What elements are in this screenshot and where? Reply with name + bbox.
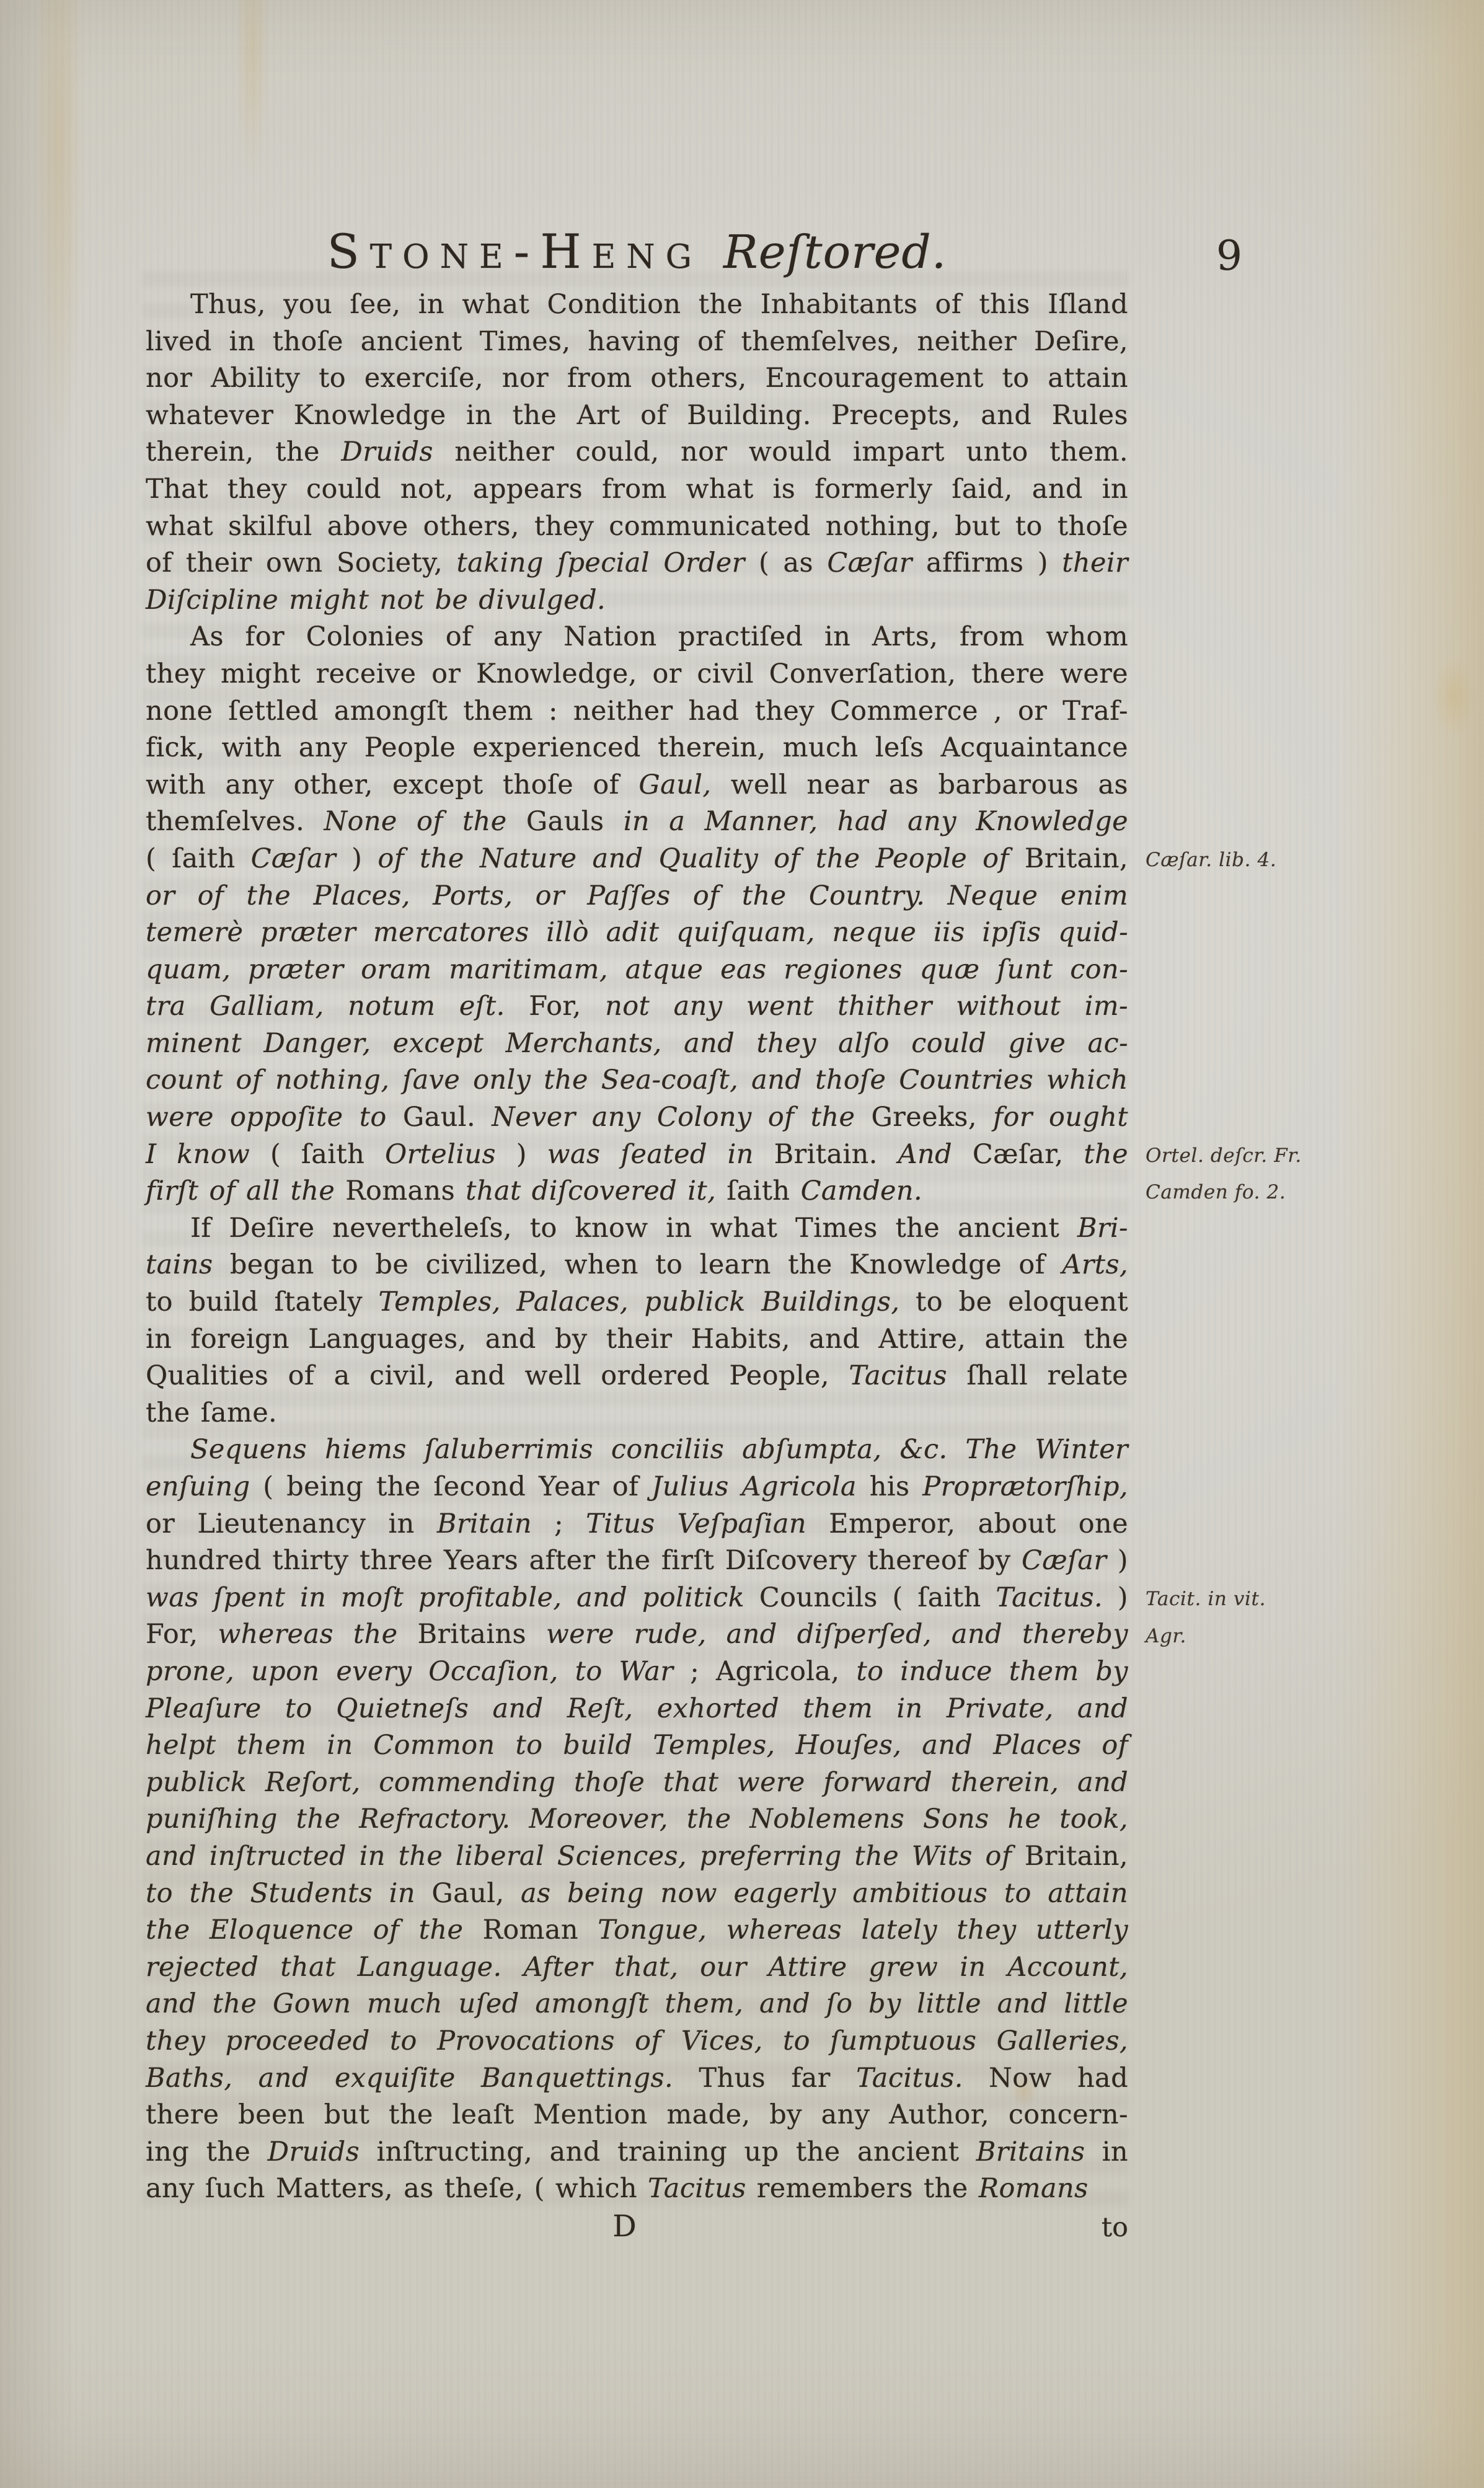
margin-note: Agr. — [1146, 1626, 1393, 1647]
margin-note: Ortel. deſcr. Fr. — [1146, 1145, 1393, 1166]
text-line: quam, præter oram maritimam, atque eas r… — [146, 952, 1128, 989]
text-line: Pleaſure to Quietneſs and Reſt, exhorted… — [146, 1691, 1128, 1728]
text-line: If Deſire nevertheleſs, to know in what … — [146, 1210, 1128, 1247]
text-line: were oppoſite to Gaul. Never any Colony … — [146, 1099, 1128, 1136]
text-line: what skilful above others, they communic… — [146, 508, 1128, 546]
paragraph: If Deſire nevertheleſs, to know in what … — [146, 1210, 1128, 1432]
text-line: prone, upon every Occaſion, to War ; Agr… — [146, 1654, 1128, 1691]
text-line: there been but the leaſt Mention made, b… — [146, 2097, 1128, 2134]
text-line: That they could not, appears from what i… — [146, 471, 1128, 508]
text-line: minent Danger, except Merchants, and the… — [146, 1025, 1128, 1063]
direction-line: D to — [146, 2208, 1128, 2245]
text-line: puniſhing the Refractory. Moreover, the … — [146, 1801, 1128, 1838]
paragraph: As for Colonies of any Nation practiſed … — [146, 619, 1128, 1210]
text-line: the Eloquence of the Roman Tongue, where… — [146, 1912, 1128, 1949]
margin-note: Camden fo. 2. — [1146, 1182, 1393, 1203]
text-line: Sequens hiems ſaluberrimis conciliis abſ… — [146, 1432, 1128, 1469]
book-page: Stone-Heng Reſtored. 9 Thus, you ſee, in… — [0, 0, 1484, 2488]
text-line: Baths, and exquiſite Banquettings. Thus … — [146, 2060, 1128, 2097]
text-line: temerè præter mercatores illò adit quiſq… — [146, 914, 1128, 952]
text-line: firſt of all the Romans that diſcovered … — [146, 1173, 1128, 1210]
signature-mark: D — [183, 2208, 1066, 2245]
text-line: themſelves. None of the Gauls in a Manne… — [146, 804, 1128, 841]
text-line: or Lieutenancy in Britain ; Titus Veſpaſ… — [146, 1506, 1128, 1543]
paragraph: Thus, you ſee, in what Condition the Inh… — [146, 286, 1128, 619]
margin-note: Tacit. in vit. — [1146, 1588, 1393, 1609]
text-line: publick Reſort, commending thoſe that we… — [146, 1764, 1128, 1802]
text-line: the ſame. — [146, 1395, 1128, 1432]
text-line: or of the Places, Ports, or Paſſes of th… — [146, 878, 1128, 915]
text-line: in foreign Languages, and by their Habit… — [146, 1321, 1128, 1358]
text-line: they proceeded to Provocations of Vices,… — [146, 2023, 1128, 2060]
text-line: whatever Knowledge in the Art of Buildin… — [146, 397, 1128, 435]
text-line: and the Gown much uſed amongſt them, and… — [146, 1986, 1128, 2023]
text-line: helpt them in Common to build Temples, H… — [146, 1727, 1128, 1764]
text-line: lived in thoſe ancient Times, having of … — [146, 324, 1128, 361]
running-header: Stone-Heng Reſtored. — [146, 228, 1128, 276]
text-line: As for Colonies of any Nation practiſed … — [146, 619, 1128, 656]
page-title: Stone-Heng — [327, 228, 702, 275]
text-line: ( ſaith Cæſar ) of the Nature and Qualit… — [146, 841, 1128, 878]
text-line: nor Ability to exerciſe, nor from others… — [146, 360, 1128, 397]
text-line: to the Students in Gaul, as being now ea… — [146, 1875, 1128, 1913]
text-line: of their own Society, taking ſpecial Ord… — [146, 545, 1128, 582]
margin-note: Cæſar. lib. 4. — [1146, 849, 1393, 870]
text-block: Thus, you ſee, in what Condition the Inh… — [146, 286, 1128, 2208]
text-line: count of nothing, ſave only the Sea-coaſ… — [146, 1062, 1128, 1099]
text-line: with any other, except thoſe of Gaul, we… — [146, 767, 1128, 804]
text-line: Diſcipline might not be divulged. — [146, 582, 1128, 619]
text-line: was ſpent in moſt profitable, and politi… — [146, 1580, 1128, 1617]
page-title-italic: Reſtored. — [723, 229, 947, 276]
text-line: and inſtructed in the liberal Sciences, … — [146, 1838, 1128, 1875]
text-line: enſuing ( being the ſecond Year of Juliu… — [146, 1469, 1128, 1506]
text-line: any ſuch Matters, as theſe, ( which Taci… — [146, 2171, 1128, 2208]
text-line: ing the Druids inſtructing, and training… — [146, 2134, 1128, 2171]
text-line: hundred thirty three Years after the fir… — [146, 1543, 1128, 1580]
text-line: Thus, you ſee, in what Condition the Inh… — [146, 286, 1128, 324]
text-line: For, whereas the Britains were rude, and… — [146, 1616, 1128, 1654]
text-line: tra Galliam, notum eſt. For, not any wen… — [146, 988, 1128, 1025]
page-number: 9 — [1216, 236, 1242, 277]
text-line: tains began to be civilized, when to lea… — [146, 1247, 1128, 1284]
text-line: Qualities of a civil, and well ordered P… — [146, 1358, 1128, 1395]
text-line: therein, the Druids neither could, nor w… — [146, 434, 1128, 471]
text-column: Thus, you ſee, in what Condition the Inh… — [146, 286, 1128, 2245]
text-line: to build ſtately Temples, Palaces, publi… — [146, 1284, 1128, 1321]
paragraph: Sequens hiems ſaluberrimis conciliis abſ… — [146, 1432, 1128, 2207]
text-line: rejected that Language. After that, our … — [146, 1949, 1128, 1986]
text-line: they might receive or Knowledge, or civi… — [146, 656, 1128, 693]
text-line: fick, with any People experienced therei… — [146, 730, 1128, 767]
text-line: I know ( ſaith Ortelius ) was ſeated in … — [146, 1136, 1128, 1174]
text-line: none ſettled amongſt them : neither had … — [146, 693, 1128, 730]
